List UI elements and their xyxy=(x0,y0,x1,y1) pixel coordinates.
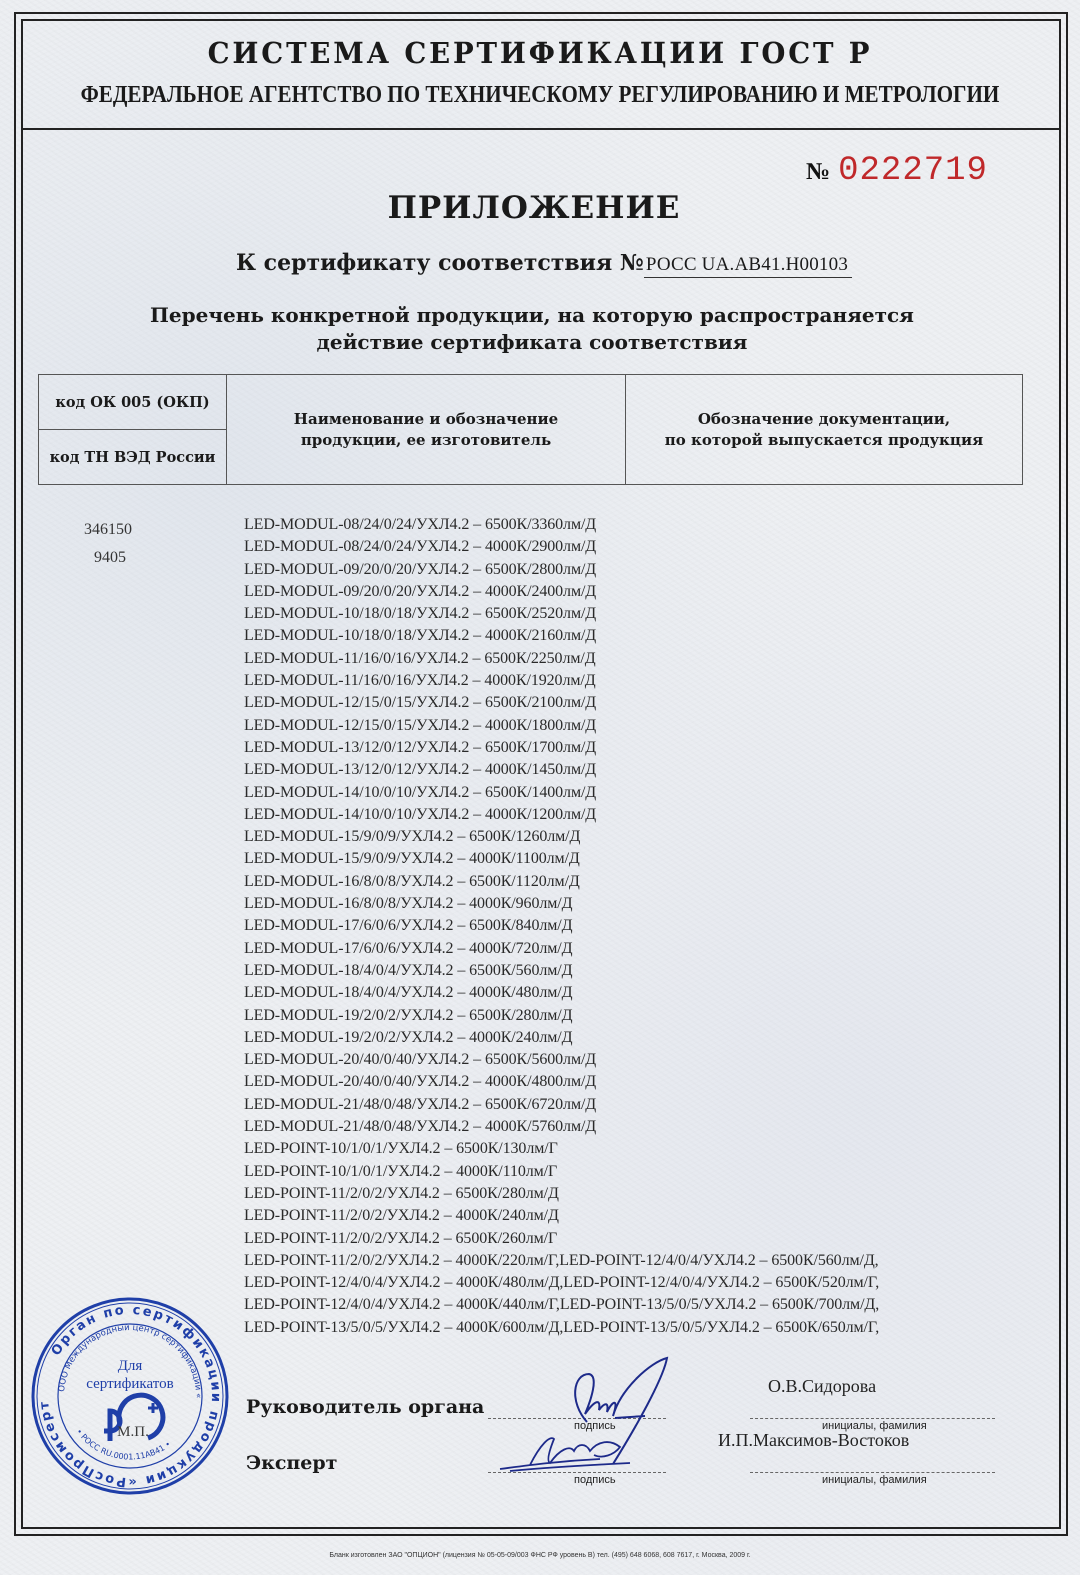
header-okp-code: код ОК 005 (ОКП) xyxy=(39,375,227,430)
print-footer: Бланк изготовлен ЗАО "ОПЦИОН" (лицензия … xyxy=(0,1552,1080,1559)
product-item: LED-MODUL-13/12/0/12/УХЛ4.2 – 6500К/1700… xyxy=(244,737,879,759)
header-product-line-2: продукции, ее изготовитель xyxy=(227,430,625,451)
product-item: LED-MODUL-10/18/0/18/УХЛ4.2 – 4000К/2160… xyxy=(244,625,879,647)
header-product-name: Наименование и обозначение продукции, ее… xyxy=(227,375,626,485)
agency-title: ФЕДЕРАЛЬНОЕ АГЕНТСТВО ПО ТЕХНИЧЕСКОМУ РЕ… xyxy=(65,82,1015,109)
product-item: LED-MODUL-19/2/0/2/УХЛ4.2 – 4000К/240лм/… xyxy=(244,1027,879,1049)
subtitle: Перечень конкретной продукции, на котору… xyxy=(0,302,1064,356)
product-item: LED-MODUL-11/16/0/16/УХЛ4.2 – 6500К/2250… xyxy=(244,648,879,670)
product-list: LED-MODUL-08/24/0/24/УХЛ4.2 – 6500К/3360… xyxy=(244,514,879,1339)
page-title: ПРИЛОЖЕНИЕ xyxy=(0,190,1068,226)
product-item: LED-MODUL-17/6/0/6/УХЛ4.2 – 6500К/840лм/… xyxy=(244,915,879,937)
product-item: LED-MODUL-14/10/0/10/УХЛ4.2 – 4000К/1200… xyxy=(244,804,879,826)
product-codes: 346150 9405 xyxy=(84,516,132,572)
product-item: LED-MODUL-08/24/0/24/УХЛ4.2 – 6500К/3360… xyxy=(244,514,879,536)
header-doc-line-2: по которой выпускается продукция xyxy=(626,430,1022,451)
expert-name: И.П.Максимов-Востоков xyxy=(718,1430,909,1451)
product-item: LED-MODUL-21/48/0/48/УХЛ4.2 – 6500К/6720… xyxy=(244,1094,879,1116)
product-item: LED-POINT-13/5/0/5/УХЛ4.2 – 4000К/600лм/… xyxy=(244,1317,879,1339)
product-item: LED-MODUL-17/6/0/6/УХЛ4.2 – 4000К/720лм/… xyxy=(244,938,879,960)
certification-stamp: Орган по сертификации продукции «РосПром… xyxy=(30,1296,230,1496)
subtitle-line-1: Перечень конкретной продукции, на котору… xyxy=(0,302,1064,329)
svg-text:сертификатов: сертификатов xyxy=(86,1376,173,1392)
header-divider xyxy=(21,128,1061,130)
product-item: LED-MODUL-15/9/0/9/УХЛ4.2 – 4000К/1100лм… xyxy=(244,848,879,870)
system-title: СИСТЕМА СЕРТИФИКАЦИИ ГОСТ Р xyxy=(27,36,1053,70)
product-item: LED-MODUL-13/12/0/12/УХЛ4.2 – 4000К/1450… xyxy=(244,759,879,781)
table-header: код ОК 005 (ОКП) Наименование и обозначе… xyxy=(38,374,1023,485)
product-item: LED-MODUL-10/18/0/18/УХЛ4.2 – 6500К/2520… xyxy=(244,603,879,625)
header-doc-line-1: Обозначение документации, xyxy=(626,409,1022,430)
product-item: LED-POINT-11/2/0/2/УХЛ4.2 – 4000К/240лм/… xyxy=(244,1205,879,1227)
product-item: LED-MODUL-14/10/0/10/УХЛ4.2 – 6500К/1400… xyxy=(244,782,879,804)
subtitle-line-2: действие сертификата соответствия xyxy=(0,329,1064,356)
product-item: LED-POINT-10/1/0/1/УХЛ4.2 – 6500К/130лм/… xyxy=(244,1138,879,1160)
product-item: LED-MODUL-21/48/0/48/УХЛ4.2 – 4000К/5760… xyxy=(244,1116,879,1138)
expert-role-label: Эксперт xyxy=(246,1452,337,1474)
expert-signature xyxy=(490,1425,670,1485)
product-item: LED-MODUL-19/2/0/2/УХЛ4.2 – 6500К/280лм/… xyxy=(244,1005,879,1027)
product-item: LED-POINT-11/2/0/2/УХЛ4.2 – 4000К/220лм/… xyxy=(244,1250,879,1272)
form-number: №0222719 xyxy=(806,152,988,190)
product-item: LED-MODUL-12/15/0/15/УХЛ4.2 – 6500К/2100… xyxy=(244,692,879,714)
expert-name-caption: инициалы, фамилия xyxy=(822,1474,927,1486)
form-number-value: 0222719 xyxy=(838,152,988,190)
expert-name-line xyxy=(750,1472,995,1473)
certificate-label: К сертификату соответствия № xyxy=(236,250,644,276)
header-product-line-1: Наименование и обозначение xyxy=(227,409,625,430)
product-item: LED-POINT-11/2/0/2/УХЛ4.2 – 6500К/260лм/… xyxy=(244,1228,879,1250)
head-role-label: Руководитель органа xyxy=(246,1396,484,1418)
product-item: LED-MODUL-20/40/0/40/УХЛ4.2 – 6500К/5600… xyxy=(244,1049,879,1071)
head-name-line xyxy=(750,1418,995,1419)
product-item: LED-MODUL-16/8/0/8/УХЛ4.2 – 6500К/1120лм… xyxy=(244,871,879,893)
certificate-number: РОСС UA.AB41.H00103 xyxy=(644,254,852,278)
tnved-code: 9405 xyxy=(84,544,132,572)
product-item: LED-MODUL-20/40/0/40/УХЛ4.2 – 4000К/4800… xyxy=(244,1071,879,1093)
head-name: О.В.Сидорова xyxy=(768,1376,876,1397)
product-item: LED-POINT-10/1/0/1/УХЛ4.2 – 4000К/110лм/… xyxy=(244,1161,879,1183)
product-item: LED-MODUL-16/8/0/8/УХЛ4.2 – 4000К/960лм/… xyxy=(244,893,879,915)
product-item: LED-MODUL-18/4/0/4/УХЛ4.2 – 6500К/560лм/… xyxy=(244,960,879,982)
product-item: LED-MODUL-09/20/0/20/УХЛ4.2 – 4000К/2400… xyxy=(244,581,879,603)
product-item: LED-MODUL-12/15/0/15/УХЛ4.2 – 4000К/1800… xyxy=(244,715,879,737)
product-item: LED-POINT-12/4/0/4/УХЛ4.2 – 4000К/440лм/… xyxy=(244,1294,879,1316)
certificate-reference: К сертификату соответствия №РОСС UA.AB41… xyxy=(236,250,852,276)
number-sign: № xyxy=(806,159,830,185)
header-tnved-code: код ТН ВЭД России xyxy=(39,430,227,485)
product-item: LED-POINT-11/2/0/2/УХЛ4.2 – 6500К/280лм/… xyxy=(244,1183,879,1205)
svg-text:Для: Для xyxy=(118,1358,143,1374)
okp-code: 346150 xyxy=(84,516,132,544)
product-item: LED-MODUL-18/4/0/4/УХЛ4.2 – 4000К/480лм/… xyxy=(244,982,879,1004)
product-item: LED-MODUL-11/16/0/16/УХЛ4.2 – 4000К/1920… xyxy=(244,670,879,692)
product-item: LED-MODUL-09/20/0/20/УХЛ4.2 – 6500К/2800… xyxy=(244,559,879,581)
product-item: LED-POINT-12/4/0/4/УХЛ4.2 – 4000К/480лм/… xyxy=(244,1272,879,1294)
svg-text:М.П.: М.П. xyxy=(117,1424,149,1440)
product-item: LED-MODUL-08/24/0/24/УХЛ4.2 – 4000К/2900… xyxy=(244,536,879,558)
product-item: LED-MODUL-15/9/0/9/УХЛ4.2 – 6500К/1260лм… xyxy=(244,826,879,848)
header-documentation: Обозначение документации, по которой вып… xyxy=(626,375,1023,485)
